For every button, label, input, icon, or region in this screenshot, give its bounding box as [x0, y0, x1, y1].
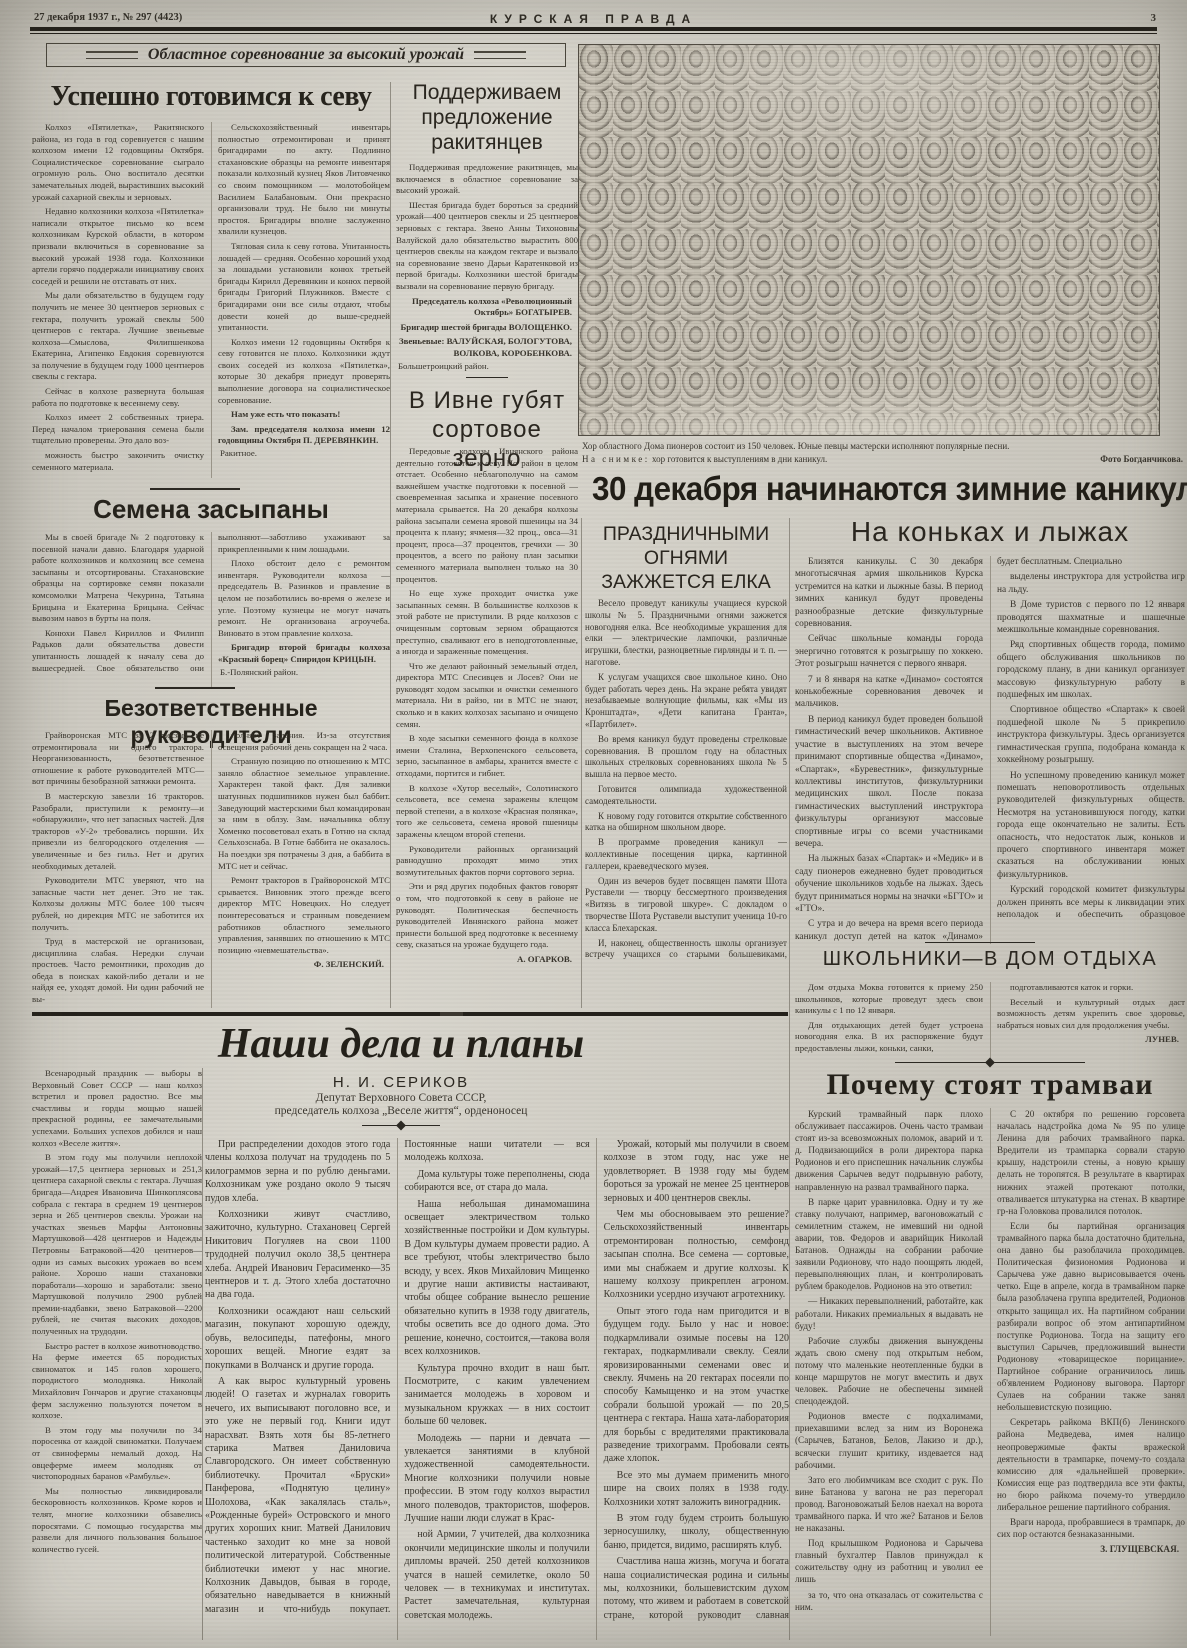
- paragraph: Враги народа, пробравшиеся в трампарк, д…: [997, 1516, 1185, 1540]
- paragraph: Дома культуры тоже переполнены, сюда соб…: [404, 1168, 589, 1195]
- paragraph: Колхоз имени 12 годовщины Октября к севу…: [218, 337, 390, 407]
- article-title-elka: ПРАЗДНИЧНЫМИ ОГНЯМИ ЗАЖЖЕТСЯ ЕЛКА: [585, 522, 787, 594]
- paragraph: Что же делают районный земельный отдел, …: [396, 661, 578, 731]
- paragraph: При распределении доходов этого года чле…: [205, 1138, 390, 1205]
- author-name: Н. И. СЕРИКОВ: [205, 1074, 597, 1091]
- nashi-cols: При распределении доходов этого года чле…: [205, 1138, 789, 1640]
- paragraph: Колхозники осаждают наш сельский магазин…: [205, 1305, 390, 1372]
- divider: [466, 377, 508, 378]
- paragraph: ной Армии, 7 учителей, два колхозника ок…: [404, 1528, 589, 1622]
- paragraph: В программе проведения каникул — коллект…: [585, 837, 787, 872]
- paragraph: Плохо обстоит дело с ремонтом инвентаря.…: [218, 558, 390, 639]
- b1-place: Большетроицкий район.: [396, 361, 578, 373]
- b1-signatures: Председатель колхоза «Революционный Октя…: [396, 296, 578, 360]
- article-body-konki: Близятся каникулы. С 30 декабря многотыс…: [795, 556, 1185, 944]
- paragraph: В этом году мы получили по 34 поросенка …: [32, 1425, 202, 1483]
- column-rule: [581, 518, 582, 1008]
- paragraph: Сейчас школьные команды города энергично…: [795, 633, 983, 670]
- article-body-tram: Курский трамвайный парк плохо обслуживае…: [795, 1108, 1185, 1636]
- paragraph: Готовится олимпиада художественной самод…: [585, 784, 787, 808]
- header-rule: [30, 27, 1157, 31]
- paragraph: Родионов вместе с подхалимами, приехавши…: [795, 1410, 983, 1470]
- paragraph: Руководители МТС уверяют, что на запасны…: [32, 875, 204, 933]
- paragraph: подготавливаются каток и горки.: [997, 982, 1185, 994]
- kanikuly-headline-text: 30 декабря начинаются зимние каникулы: [592, 470, 1187, 508]
- section-rule: [32, 1012, 788, 1016]
- banner-text: Областное соревнование за высокий урожай: [148, 46, 464, 64]
- paragraph: Руководители районных организаций равнод…: [396, 844, 578, 879]
- paragraph: Если бы партийная организация трамвайног…: [997, 1220, 1185, 1414]
- diamond-divider: [362, 1122, 440, 1129]
- paragraph: Веселый и культурный отдых даст возможно…: [997, 997, 1185, 1032]
- article-title-tram: Почему стоят трамваи: [795, 1068, 1185, 1102]
- paragraph: Передовые колхозы Ивнянского района деят…: [396, 446, 578, 585]
- article-title-sev: Успешно готовимся к севу: [32, 80, 390, 114]
- paragraph: Опыт этого года нам пригодится и в будущ…: [604, 1305, 789, 1466]
- bezot-signature: Ф. ЗЕЛЕНСКИЙ.: [218, 959, 390, 971]
- paragraph: Наша небольшая динамомашина освещает эле…: [404, 1198, 589, 1359]
- caption-line2: Фото Богданчикова. На снимке: хор готови…: [582, 453, 1183, 466]
- sev-exclaim: Нам уже есть что показать!: [218, 409, 390, 421]
- tram-signature: З. ГЛУЩЕВСКАЯ.: [997, 1543, 1185, 1555]
- paragraph: Секретарь райкома ВКП(б) Ленинского райо…: [997, 1416, 1185, 1513]
- paragraph: Спортивное общество «Спартак» к своей по…: [997, 704, 1185, 766]
- paragraph: Грайворонская МТС за 2 месяца не отремон…: [32, 730, 204, 788]
- divider: [925, 942, 1035, 943]
- sev-place: Ракитное.: [218, 448, 390, 460]
- paragraph: Зато его любимчикам все сходит с рук. По…: [795, 1474, 983, 1534]
- paragraph: Культура прочно входит в наш быт. Посмот…: [404, 1362, 589, 1429]
- paragraph: Председатель колхоза «Революционный Октя…: [396, 296, 578, 319]
- paragraph: Мы дали обязательство в будущем году пол…: [32, 290, 204, 383]
- paragraph: за то, что она отказалась от сожительств…: [795, 1589, 983, 1613]
- paragraph: Тягловая сила к севу готова. Упитанность…: [218, 241, 390, 334]
- article-body-bezot: Грайворонская МТС за 2 месяца не отремон…: [32, 730, 390, 1008]
- author-role-1: Депутат Верховного Совета СССР,: [205, 1092, 597, 1104]
- paragraph: Сельскохозяйственный инвентарь полностью…: [218, 122, 390, 238]
- paragraph: В мастерскую завезли 16 тракторов. Разоб…: [32, 791, 204, 872]
- paragraph: В этом году будем строить большую зернос…: [604, 1512, 789, 1552]
- paragraph: В период каникул будет проведен большой …: [795, 714, 983, 850]
- paragraph: Быстро растет в колхозе животноводство. …: [32, 1341, 202, 1422]
- masthead: КУРСКАЯ ПРАВДА: [0, 12, 1187, 26]
- paragraph: Чем мы обосновываем это решение? Сельско…: [604, 1208, 789, 1302]
- paragraph: Всенародный праздник — выборы в Верховны…: [32, 1068, 202, 1149]
- column-rule: [390, 82, 391, 1008]
- divider: [155, 687, 235, 689]
- paragraph: — Никаких перевыполнений, работайте, как…: [795, 1295, 983, 1331]
- paragraph: В ходе засыпки семенного фонда в колхозе…: [396, 733, 578, 779]
- paragraph: Мы полностью ликвидировали бескоровность…: [32, 1486, 202, 1556]
- paragraph: Поддерживая предложение ракитянцев, мы в…: [396, 162, 578, 197]
- paragraph: На лыжных базах «Спартак» и «Медик» и в …: [795, 853, 983, 915]
- paragraph: В парке царит уравниловка. Одну и ту же …: [795, 1196, 983, 1293]
- column-rule: [202, 1068, 203, 1640]
- paragraph: Дом отдыха Моква готовится к приему 250 …: [795, 982, 983, 1017]
- divider: [150, 488, 240, 490]
- paragraph: В Доме туристов с первого по 12 января п…: [997, 599, 1185, 636]
- paragraph: Один из вечеров будет посвящен памяти Шо…: [585, 876, 787, 935]
- article-title-konki: На коньках и лыжах: [795, 516, 1185, 548]
- paragraph: Урожай, который мы получили в своем колх…: [604, 1138, 789, 1205]
- paragraph: В этом году мы получили неплохой урожай—…: [32, 1152, 202, 1338]
- banner-dash-left: [86, 51, 138, 59]
- caption-line1: Хор областного Дома пионеров состоит из …: [582, 440, 1183, 453]
- article-title-shk: ШКОЛЬНИКИ—В ДОМ ОТДЫХА: [795, 948, 1185, 971]
- paragraph: Звеньевые: ВАЛУЙСКАЯ, БОЛОГУТОВА, ВОЛКОВ…: [396, 336, 578, 359]
- paragraph: выделены инструктора для устройства игр …: [997, 571, 1185, 596]
- b2-signature: А. ОГАРКОВ.: [396, 954, 578, 966]
- column-rule: [789, 518, 790, 1640]
- sev-signature: Зам. председателя колхоза имени 12 годов…: [218, 424, 390, 447]
- paragraph: Колхоз «Пятилетка», Ракитянского района,…: [32, 122, 204, 203]
- paragraph: 7 и 8 января на катке «Динамо» состоятся…: [795, 674, 983, 711]
- nashi-col1: Всенародный праздник — выборы в Верховны…: [32, 1068, 202, 1640]
- paragraph: Молодежь — парни и девчата — увлекается …: [404, 1432, 589, 1526]
- paragraph: можность быстро закончить очистку семенн…: [32, 450, 204, 473]
- shk-signature: ЛУНЕВ.: [997, 1034, 1185, 1046]
- paragraph: Для отдыхающих детей будет устроена ново…: [795, 1020, 983, 1055]
- section-banner: Областное соревнование за высокий урожай: [46, 43, 566, 67]
- article-body-shk: Дом отдыха Моква готовится к приему 250 …: [795, 982, 1185, 1058]
- diamond-divider: [895, 1059, 1085, 1066]
- article-body-elka: Весело проведут каникулы учащиеся курско…: [585, 598, 787, 960]
- paragraph: Труд в мастерской не организован, дисцип…: [32, 936, 204, 1006]
- article-title-b1: Поддерживаем предложение ракитянцев: [396, 80, 578, 155]
- article-title-nashi: Наши дела и планы: [205, 1020, 597, 1068]
- paragraph: Весело проведут каникулы учащиеся курско…: [585, 598, 787, 669]
- paragraph: Мы в своей бригаде № 2 подготовку к посе…: [32, 532, 204, 625]
- paragraph: Странную позицию по отношению к МТС заня…: [218, 756, 390, 872]
- article-title-semena: Семена засыпаны: [32, 494, 390, 525]
- article-body-b2: Передовые колхозы Ивнянского района деят…: [396, 446, 578, 1006]
- author-role-2: председатель колхоза „Веселе життя“, орд…: [205, 1105, 597, 1117]
- banner-dash-right: [474, 51, 526, 59]
- paragraph: Сейчас в колхозе развернута большая рабо…: [32, 386, 204, 409]
- header-rule-thin: [30, 33, 1157, 34]
- paragraph: В колхозе «Хутор веселый», Солотинского …: [396, 783, 578, 841]
- paragraph: полняет задания. Из-за отсутствия освеще…: [218, 730, 390, 753]
- paragraph: Колхозники живут счастливо, зажиточно, к…: [205, 1208, 390, 1302]
- paragraph: К услугам учащихся свое школьное кино. О…: [585, 672, 787, 731]
- choir-photo: [578, 44, 1160, 436]
- paragraph: И, наконец, общественность школы организ…: [585, 938, 787, 960]
- semena-place: Б.-Полянский район.: [218, 667, 390, 679]
- paragraph: Ремонт тракторов в Грайворонской МТС сры…: [218, 875, 390, 956]
- paragraph: Эти и ряд других подобных фактов говорят…: [396, 881, 578, 951]
- paragraph: Недавно колхозники колхоза «Пятилетка» н…: [32, 206, 204, 287]
- newspaper-page: 27 декабря 1937 г., № 297 (4423) КУРСКАЯ…: [0, 0, 1187, 1648]
- paragraph: С 20 октября по решению горсовета начала…: [997, 1108, 1185, 1217]
- paragraph: Колхоз имеет 2 собственных триера. Перед…: [32, 412, 204, 447]
- paragraph: Бригадир шестой бригады ВОЛОЩЕНКО.: [396, 322, 578, 334]
- paragraph: Рабочие службы движения вынуждены ждать …: [795, 1335, 983, 1408]
- paragraph: Но успешному проведению каникул может по…: [997, 770, 1185, 882]
- semena-signature: Бригадир второй бригады колхоза «Красный…: [218, 642, 390, 665]
- paragraph: Близятся каникулы. С 30 декабря многотыс…: [795, 556, 983, 630]
- paragraph: К новому году готовится открытие собстве…: [585, 811, 787, 835]
- photo-credit: Фото Богданчикова.: [1100, 453, 1183, 466]
- paragraph: Под крылышком Родионова и Сарычева главн…: [795, 1537, 983, 1585]
- caption-text: хор готовится к выступлениям в дни каник…: [652, 454, 827, 464]
- kanikuly-headline: 30 декабря начинаются зимние каникулы: [592, 470, 1187, 508]
- article-body-semena: Мы в своей бригаде № 2 подготовку к посе…: [32, 532, 390, 688]
- article-body-sev: Колхоз «Пятилетка», Ракитянского района,…: [32, 122, 390, 478]
- paragraph: Ряд спортивных обществ города, помимо об…: [997, 639, 1185, 701]
- photo-caption: Хор областного Дома пионеров состоит из …: [582, 440, 1183, 466]
- paragraph: Во время каникул будут проведены стрелко…: [585, 734, 787, 781]
- paragraph: Но еще хуже проходит очистка уже засыпан…: [396, 588, 578, 658]
- page-number: 3: [1120, 12, 1156, 24]
- paragraph: Шестая бригада будет бороться за средний…: [396, 200, 578, 293]
- article-body-b1: Поддерживая предложение ракитянцев, мы в…: [396, 162, 578, 374]
- paragraph: Все это мы думаем применить много шире н…: [604, 1469, 789, 1509]
- paragraph: Курский трамвайный парк плохо обслуживае…: [795, 1108, 983, 1193]
- caption-label: На снимке:: [582, 454, 650, 464]
